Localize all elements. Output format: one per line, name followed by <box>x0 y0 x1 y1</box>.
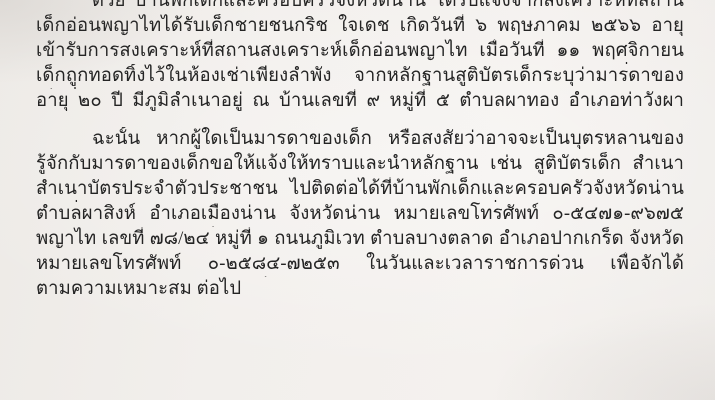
text-line: เด็กถูกทอดทิ้งไว้ในห้องเช่าเพียงลำพัง จา… <box>36 64 684 89</box>
text-line: รู้จักกับมารดาของเด็กขอให้แจ้งให้ทราบและ… <box>36 152 684 177</box>
paragraph-1: ด้วย บ้านพักเด็กและครอบครัวจังหวัดน่าน ไ… <box>36 0 684 114</box>
document-page: ด้วย บ้านพักเด็กและครอบครัวจังหวัดน่าน ไ… <box>0 0 715 400</box>
text-line: สำเนาบัตรประจำตัวประชาชน ไปติดต่อได้ที่บ… <box>36 177 684 202</box>
text-line: เข้ารับการสงเคราะห์ที่สถานสงเคราะห์เด็กอ… <box>36 39 684 64</box>
text-line: อายุ ๒๐ ปี มีภูมิลำเนาอยู่ ณ บ้านเลขที่ … <box>36 89 684 114</box>
paragraph-2: ฉะนั้น หากผู้ใดเป็นมารดาของเด็ก หรือสงสั… <box>36 127 684 302</box>
text-line: หมายเลขโทรศัพท์ ๐-๒๕๘๔-๗๒๕๓ ในวันและเวลา… <box>36 252 684 277</box>
text-line: เด็กอ่อนพญาไทได้รับเด็กชายชนกริช ใจเดช เ… <box>36 14 684 39</box>
document-text-block: ด้วย บ้านพักเด็กและครอบครัวจังหวัดน่าน ไ… <box>36 0 684 302</box>
text-line: ตำบลผาสิงห์ อำเภอเมืองน่าน จังหวัดน่าน ห… <box>36 202 684 227</box>
text-line: ฉะนั้น หากผู้ใดเป็นมารดาของเด็ก หรือสงสั… <box>36 127 684 152</box>
text-line: ด้วย บ้านพักเด็กและครอบครัวจังหวัดน่าน ไ… <box>36 0 684 14</box>
text-line: พญาไท เลขที่ ๗๘/๒๔ หมู่ที่ ๑ ถนนภูมิเวท … <box>36 227 684 252</box>
text-line: ตามความเหมาะสม ต่อไป <box>36 277 684 302</box>
